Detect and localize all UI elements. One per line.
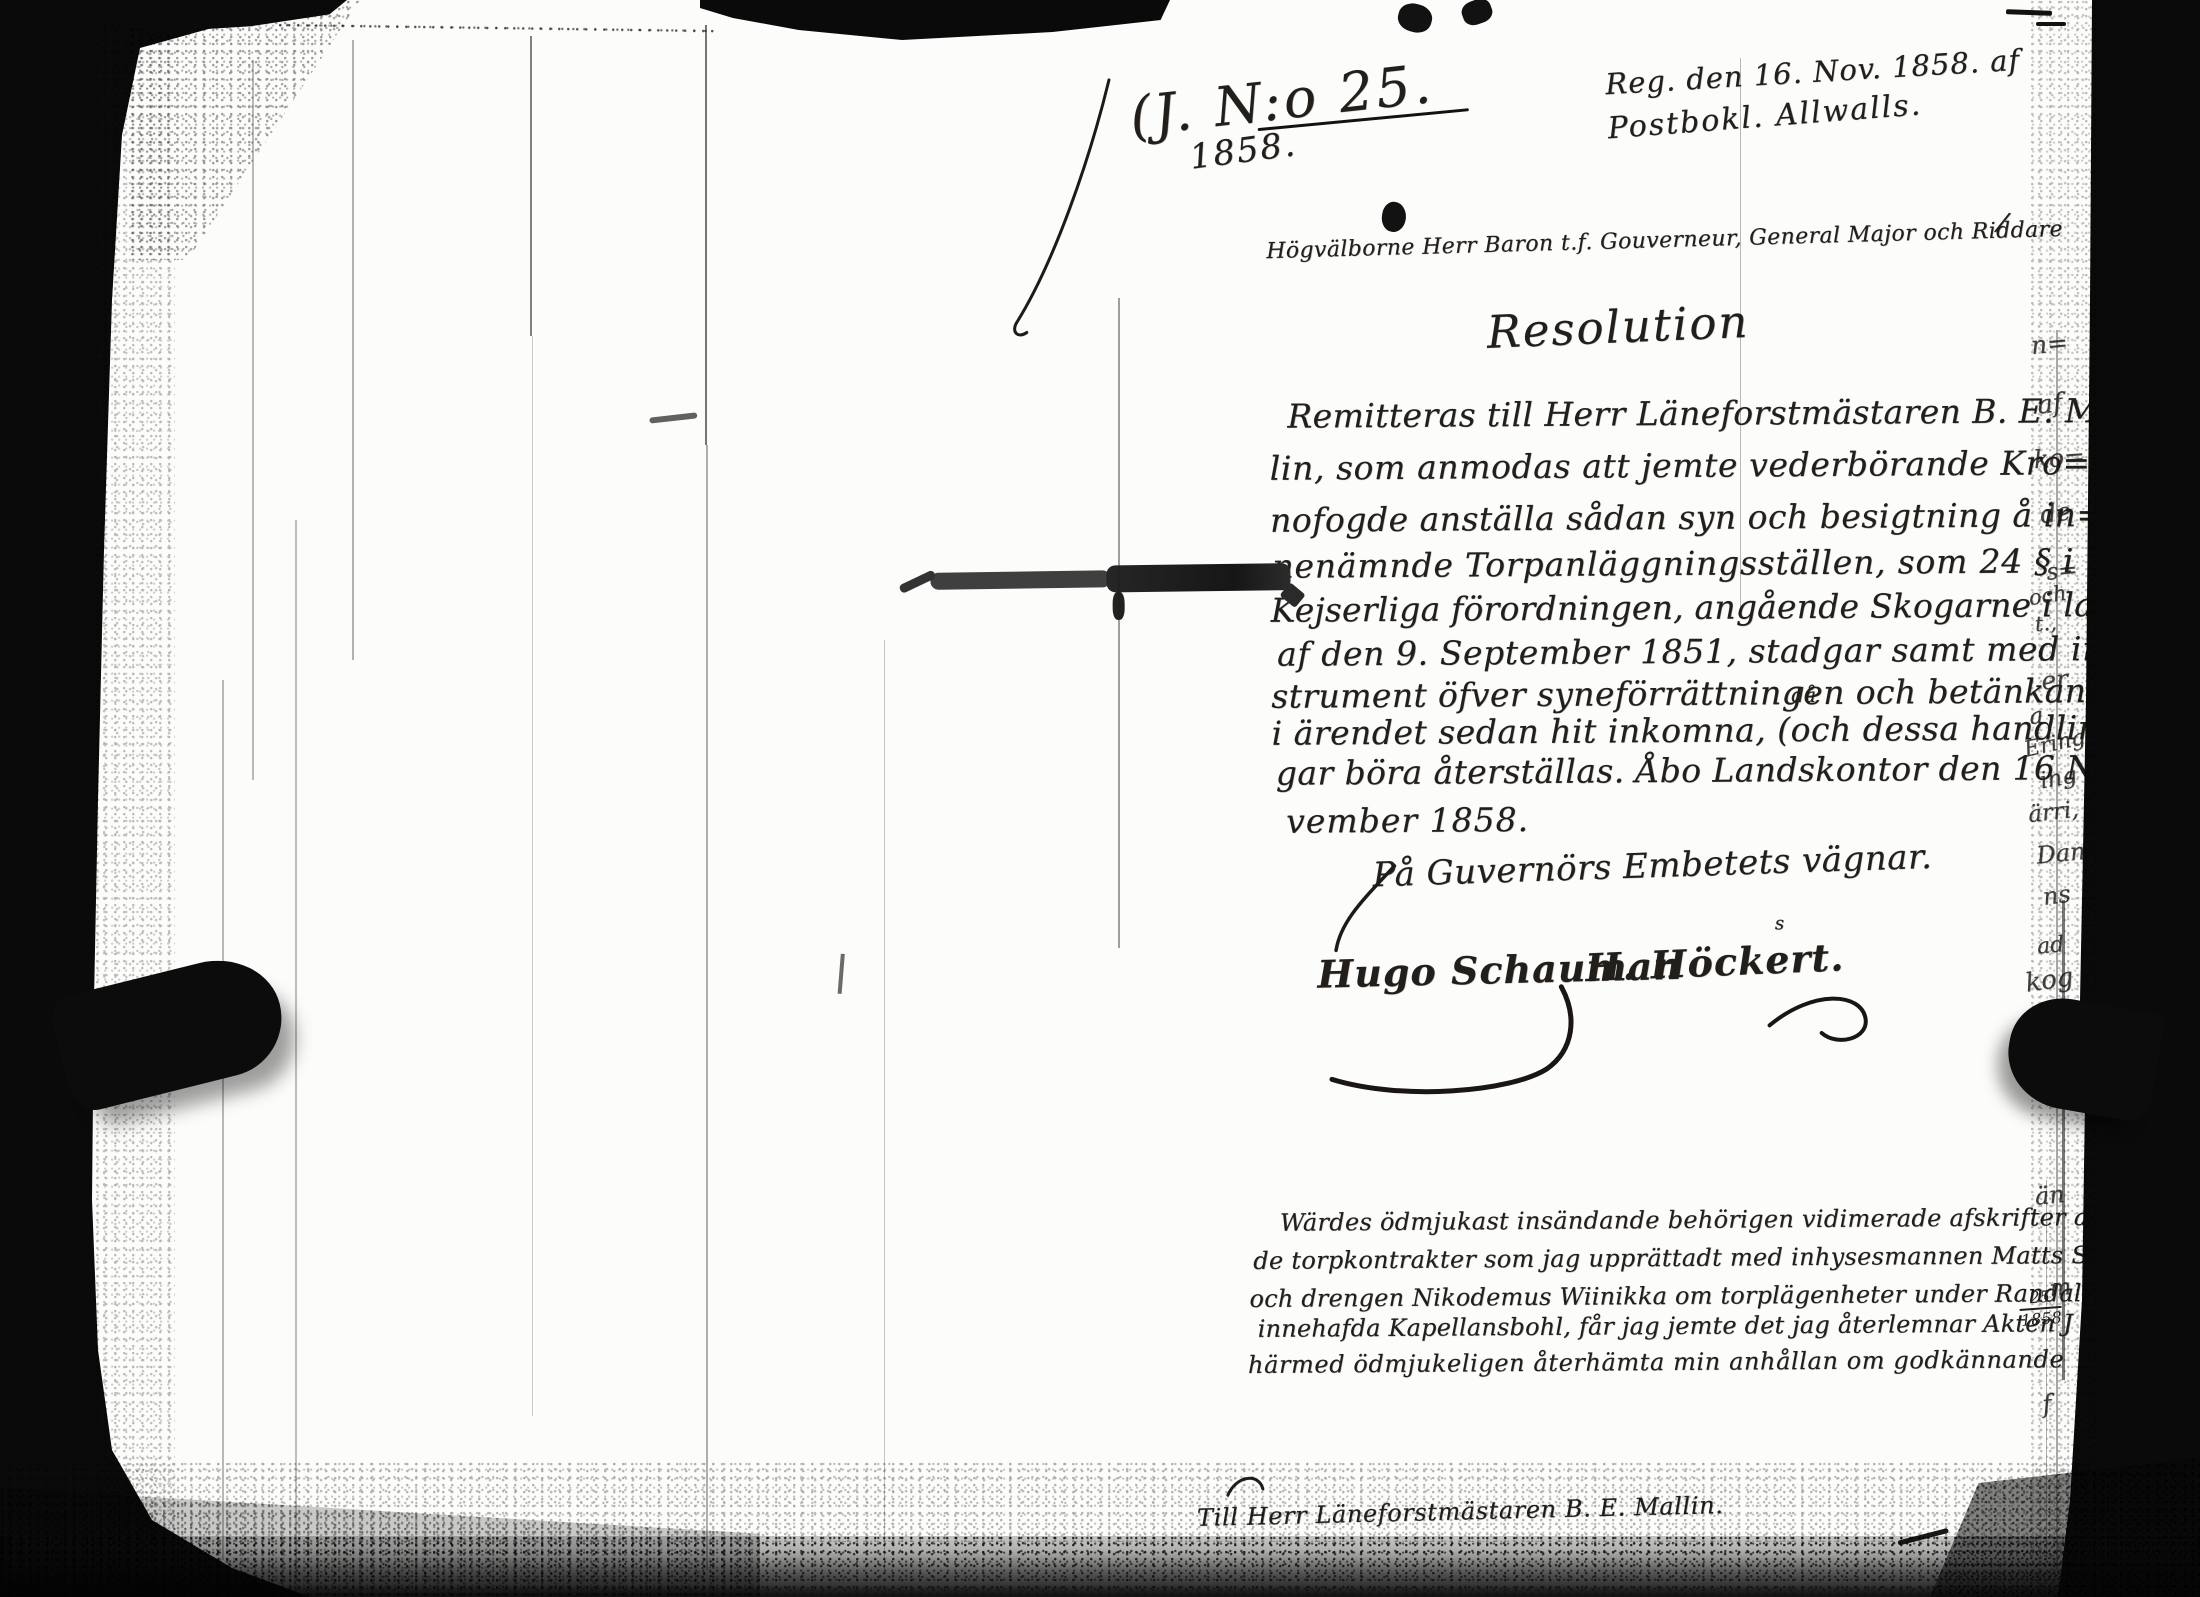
pen-flourish-j-tail <box>1005 72 1127 343</box>
body-line: nenämnde Torpanläggningsställen, som 24 … <box>1272 541 2074 586</box>
ink-blot <box>1380 200 1408 233</box>
resolution-heading: Resolution <box>1486 295 1751 359</box>
fold-line <box>352 40 354 660</box>
body-line: Remitteras till Herr Läneforstmästaren B… <box>1287 391 2158 436</box>
pen-flourish-signature-left <box>1311 971 1612 1123</box>
fold-line <box>1740 58 1741 618</box>
body-line: vember 1858. <box>1286 800 1529 841</box>
body-line: nofogde anställa sådan syn och besigtnin… <box>1270 495 2105 540</box>
fold-line <box>532 336 533 1416</box>
note-line: Wärdes ödmjukast insändande behörigen vi… <box>1280 1203 2098 1237</box>
registry-note-line1: Reg. den 16. Nov. 1858. af <box>1604 43 2021 102</box>
pen-flourish-signature-right <box>1761 982 1912 1063</box>
fold-line <box>884 640 885 1570</box>
fold-line <box>705 25 707 445</box>
right-border-speckle <box>2030 0 2100 1597</box>
note-line: innehafda Kapellansbohl, får jag jemte d… <box>1258 1309 2125 1343</box>
signature-right: H. Höckert. <box>1584 934 1845 990</box>
body-line: gar böra återställas. Åbo Landskontor de… <box>1276 748 2144 793</box>
closing-formula: På Guvernörs Embetets vägnar. <box>1372 837 1933 896</box>
fold-line <box>252 60 254 780</box>
fold-line <box>222 680 224 1560</box>
stray-tick <box>838 954 845 994</box>
ink-smear-left <box>930 570 1110 590</box>
pen-flourish-closing <box>1330 860 1411 961</box>
fold-line <box>530 36 532 336</box>
signature-tick-mark: s <box>1775 913 1784 934</box>
fold-line <box>295 520 297 1580</box>
fold-line <box>1118 298 1120 948</box>
note-line: de torpkontrakter som jag upprättadt med… <box>1253 1241 2142 1275</box>
manuscript-layer: (J. N:o 25. 1858. Reg. den 16. Nov. 1858… <box>0 0 2200 1597</box>
stray-dash <box>649 412 697 423</box>
fold-line <box>706 445 708 1570</box>
body-line: lin, som anmodas att jemte vederbörande … <box>1270 443 2091 488</box>
top-edge-dash <box>2036 22 2066 26</box>
body-line: af den 9. September 1851, stadgar samt m… <box>1277 629 2132 674</box>
interline-insertion: då <box>1791 683 1816 707</box>
scanned-document-page: (J. N:o 25. 1858. Reg. den 16. Nov. 1858… <box>0 0 2200 1597</box>
ink-smear-right <box>1106 563 1290 592</box>
body-line: i ärendet sedan hit inkomna, (och dessa … <box>1271 708 2127 753</box>
note-line: härmed ödmjukeligen återhämta min anhåll… <box>1248 1345 2064 1379</box>
